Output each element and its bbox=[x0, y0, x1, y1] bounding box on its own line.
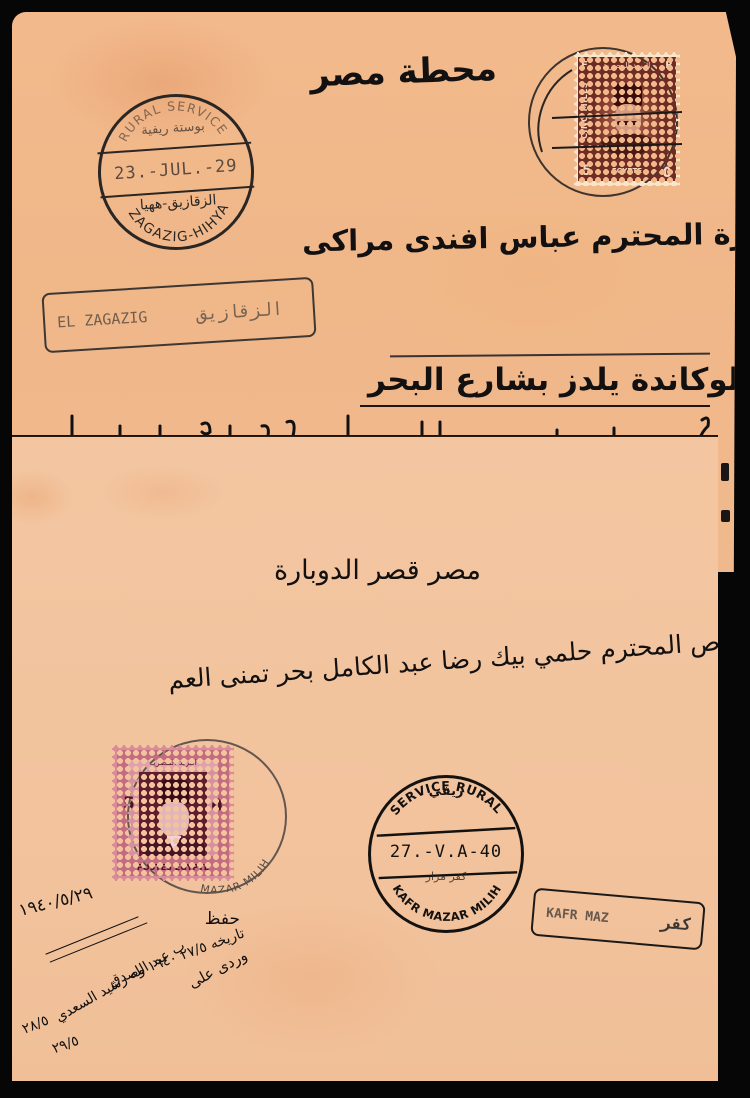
rural-service-postmark: RURAL SERVICE ZAGAZIG-HIHYA بوستة ريفية … bbox=[93, 89, 260, 256]
upper-cover-right-edge-mark bbox=[721, 510, 730, 522]
stamp-value-numeral: 5 bbox=[123, 794, 135, 814]
note-line: ٢٨/٥ bbox=[20, 1012, 51, 1037]
upper-cover-right-edge-mark bbox=[721, 463, 729, 481]
face bbox=[159, 802, 189, 836]
fez-hat bbox=[159, 780, 189, 804]
town-cachet-box: KAFR MAZ كفر bbox=[530, 888, 706, 951]
town-cachet-box: EL ZAGAZIG الزقازيق bbox=[41, 277, 316, 353]
note-line: حفظ bbox=[205, 909, 240, 929]
address-underline-top bbox=[390, 353, 710, 358]
stamp-country-arabic: البريد المصرية bbox=[117, 758, 229, 767]
handwritten-destination: مصر قصر الدوبارة bbox=[274, 555, 481, 586]
cachet-arabic-text: الزقازيق bbox=[196, 298, 284, 324]
note-line: ٢٩/٥ bbox=[50, 1033, 81, 1057]
postmark-arabic-top: ريفي bbox=[371, 784, 521, 799]
note-line: ب عبد الله رشيد السعدي bbox=[53, 938, 188, 1025]
stamp-country-label: POSTES EGYPTE bbox=[117, 863, 229, 872]
postmark-date: 23.-JUL.-29 bbox=[114, 156, 239, 185]
handwritten-address: لوكاندة يلدز بشارع البحر bbox=[368, 362, 739, 398]
cachet-latin-text: KAFR MAZ bbox=[546, 905, 610, 925]
stamp-portrait bbox=[139, 772, 207, 856]
service-rural-postmark: SERVICE RURAL KAFR MAZAR MILIH ريفي 27.-… bbox=[368, 775, 524, 933]
postmark-date: 27.-V.A-40 bbox=[371, 842, 521, 862]
handwritten-partial-line bbox=[62, 412, 722, 438]
svg-text:KAFR MAZAR MILIH: KAFR MAZAR MILIH bbox=[390, 882, 505, 924]
address-underline-bottom bbox=[360, 405, 710, 407]
cachet-latin-text: EL ZAGAZIG bbox=[57, 308, 148, 331]
handwritten-destination: محطة مصر bbox=[309, 49, 497, 95]
handwritten-addressee: ص المحترم حلمي بيك رضا عبد الكامل بحر تم… bbox=[31, 627, 721, 704]
postmark-arabic-bottom: كفر مزار bbox=[371, 870, 521, 883]
lower-postal-cover: مصر قصر الدوبارة ص المحترم حلمي بيك رضا … bbox=[12, 436, 718, 1081]
handwritten-addressee: حضرة المحترم عباس افندى مراكى bbox=[302, 216, 750, 259]
cancel-lines bbox=[532, 52, 692, 202]
king-farouk-5-milliemes-stamp: البريد المصرية 5 ٥ POSTES EGYPTE bbox=[112, 745, 234, 881]
handwritten-notes: حفظ تاريخه ٢٧/٥ ١٩٤٠ وصدق وردى على ب عبد… bbox=[12, 907, 262, 1077]
stamp-value-arabic: ٥ bbox=[211, 792, 223, 816]
cachet-arabic-text: كفر bbox=[660, 913, 692, 936]
